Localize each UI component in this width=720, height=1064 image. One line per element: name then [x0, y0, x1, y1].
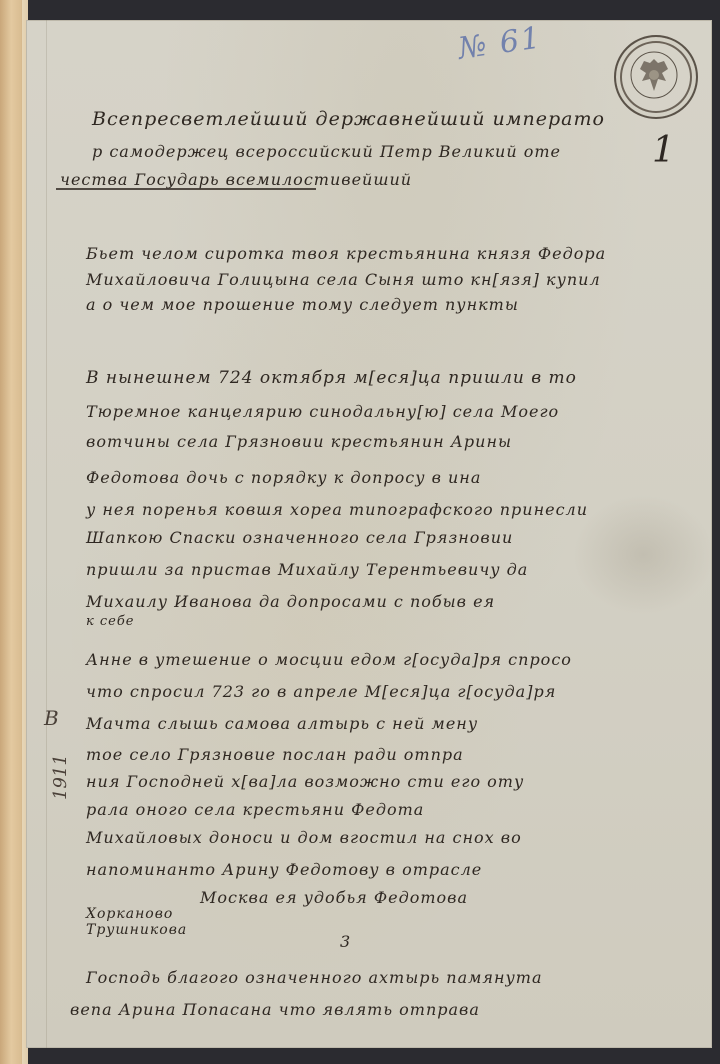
- margin-note: 1911: [50, 754, 71, 800]
- text-line-21: рала оного села крестьяни Федота: [86, 800, 424, 819]
- text-line-9: вотчины села Грязновии крестьянин Арины: [86, 432, 512, 451]
- archive-seal-stamp: [614, 35, 698, 119]
- text-line-28: Господь благого означенного ахтырь памян…: [86, 968, 543, 987]
- double-headed-eagle-icon: [630, 51, 678, 99]
- text-line-16: Анне в утешение о мосции едом г[осуда]ря…: [86, 650, 572, 669]
- text-line-23: напоминанто Арину Федотову в отрасле: [86, 860, 482, 879]
- underline: [56, 188, 316, 190]
- text-line-7: В нынешнем 724 октября м[еся]ца пришли в…: [86, 368, 577, 388]
- text-line-3: чества Государь всемилостивейший: [60, 170, 412, 189]
- text-line-25: Хорканово: [86, 906, 173, 922]
- text-line-18: Мачта слышь самова алтырь с ней мену: [86, 714, 478, 733]
- text-line-11: у нея поренья ковшя хореа типографского …: [86, 500, 588, 519]
- text-line-24: Москва ея удобья Федотова: [200, 888, 468, 907]
- text-line-12: Шапкою Спаски означенного села Грязновии: [86, 528, 513, 547]
- text-line-13: пришли за пристав Михайлу Терентьевичу д…: [86, 560, 528, 579]
- text-line-17: что спросил 723 го в апреле М[еся]ца г[о…: [86, 682, 556, 701]
- text-line-22: Михайловых доноси и дом вгостил на снох …: [86, 828, 522, 847]
- margin-mark: В: [44, 706, 59, 730]
- text-line-19: тое село Грязновие послан ради отпра: [86, 745, 464, 764]
- text-line-14: Михаилу Иванова да допросами с побыв ея: [86, 592, 495, 611]
- text-line-29: вепа Арина Попасана что являть отправа: [70, 1000, 480, 1019]
- text-line-10: Федотова дочь с порядку к допросу в ина: [86, 468, 481, 487]
- text-line-1: Всепресветлейший державнейший императо: [92, 108, 605, 130]
- page-fold-line: [46, 20, 47, 1048]
- text-line-2: р самодержец всероссийский Петр Великий …: [92, 142, 561, 161]
- text-line-6: а о чем мое прошение тому следует пункты: [86, 295, 519, 314]
- text-line-26: Трушникова: [86, 922, 187, 938]
- text-line-15: к себе: [86, 614, 135, 629]
- folio-number: 1: [652, 130, 675, 171]
- text-line-5: Михайловича Голицына села Сыня што кн[яз…: [86, 270, 601, 289]
- text-line-8: Тюремное канцелярию синодальну[ю] села М…: [86, 402, 559, 421]
- text-line-20: ния Господней х[ва]ла возможно сти его о…: [86, 772, 524, 791]
- text-line-4: Бьет челом сиротка твоя крестьянина княз…: [86, 244, 606, 263]
- text-line-27: 3: [340, 932, 351, 951]
